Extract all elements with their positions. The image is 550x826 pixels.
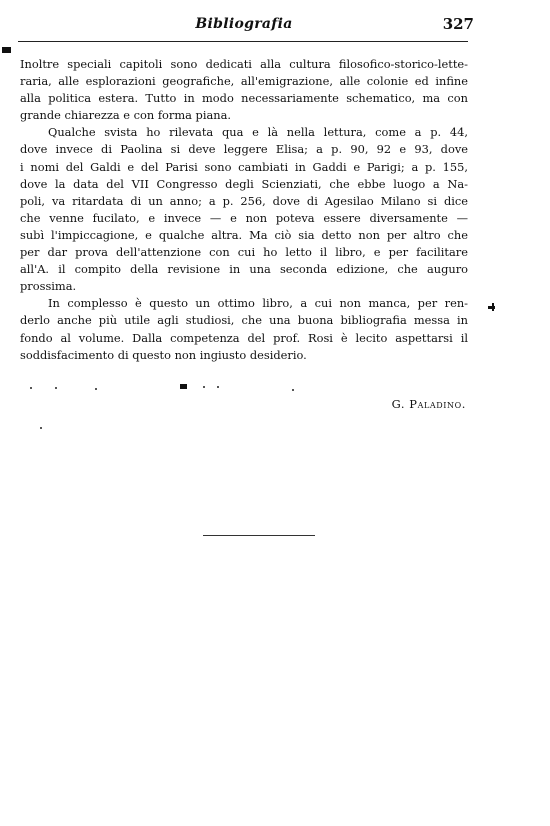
text-line: Qualche svista ho rilevata qua e là nell… [20, 124, 468, 141]
text-line: subì l'impiccagione, e qualche altra. Ma… [20, 227, 468, 244]
paragraph-1: Inoltre speciali capitoli sono dedicati … [20, 56, 468, 124]
text-line: dove la data del VII Congresso degli Sci… [20, 176, 468, 193]
header-rule [18, 41, 468, 42]
text-line: fondo al volume. Dalla competenza del pr… [20, 330, 468, 347]
text-line: dove invece di Paolina si deve leggere E… [20, 141, 468, 158]
paragraph-3: In complesso è questo un ottimo libro, a… [20, 295, 468, 363]
text-line: per dar prova dell'attenzione con cui ho… [20, 244, 468, 261]
text-line: prossima. [20, 278, 468, 295]
scan-artifact [180, 384, 187, 389]
paragraph-2: Qualche svista ho rilevata qua e là nell… [20, 124, 468, 295]
text-line: raria, alle esplorazioni geografiche, al… [20, 73, 468, 90]
scan-artifact [292, 389, 294, 391]
running-title: Bibliografia [18, 16, 470, 32]
scan-artifact [2, 47, 11, 53]
scan-artifact [95, 388, 97, 390]
body-text: Inoltre speciali capitoli sono dedicati … [20, 56, 468, 364]
text-line: poli, va ritardata di un anno; a p. 256,… [20, 193, 468, 210]
text-line: soddisfacimento di questo non ingiusto d… [20, 347, 468, 364]
scanned-book-page: Bibliografia 327 Inoltre speciali capito… [0, 0, 550, 826]
scan-artifact [217, 386, 219, 388]
text-line: alla politica estera. Tutto in modo nece… [20, 90, 468, 107]
text-line: all'A. il compito della revisione in una… [20, 261, 468, 278]
text-line: Inoltre speciali capitoli sono dedicati … [20, 56, 468, 73]
text-line: derlo anche più utile agli studiosi, che… [20, 312, 468, 329]
scan-artifact [203, 386, 205, 388]
text-line: In complesso è questo un ottimo libro, a… [20, 295, 468, 312]
scan-artifact [40, 427, 42, 429]
scan-artifact [55, 387, 57, 389]
scan-artifact [492, 303, 494, 311]
closing-rule [203, 535, 315, 536]
scan-artifact [30, 387, 32, 389]
text-line: che venne fucilato, e invece — e non pot… [20, 210, 468, 227]
author-signature: G. Paladino. [392, 397, 466, 411]
page-header: Bibliografia 327 [18, 14, 470, 36]
page-number: 327 [443, 15, 474, 33]
text-line: i nomi del Galdi e del Parisi sono cambi… [20, 159, 468, 176]
text-line: grande chiarezza e con forma piana. [20, 107, 468, 124]
